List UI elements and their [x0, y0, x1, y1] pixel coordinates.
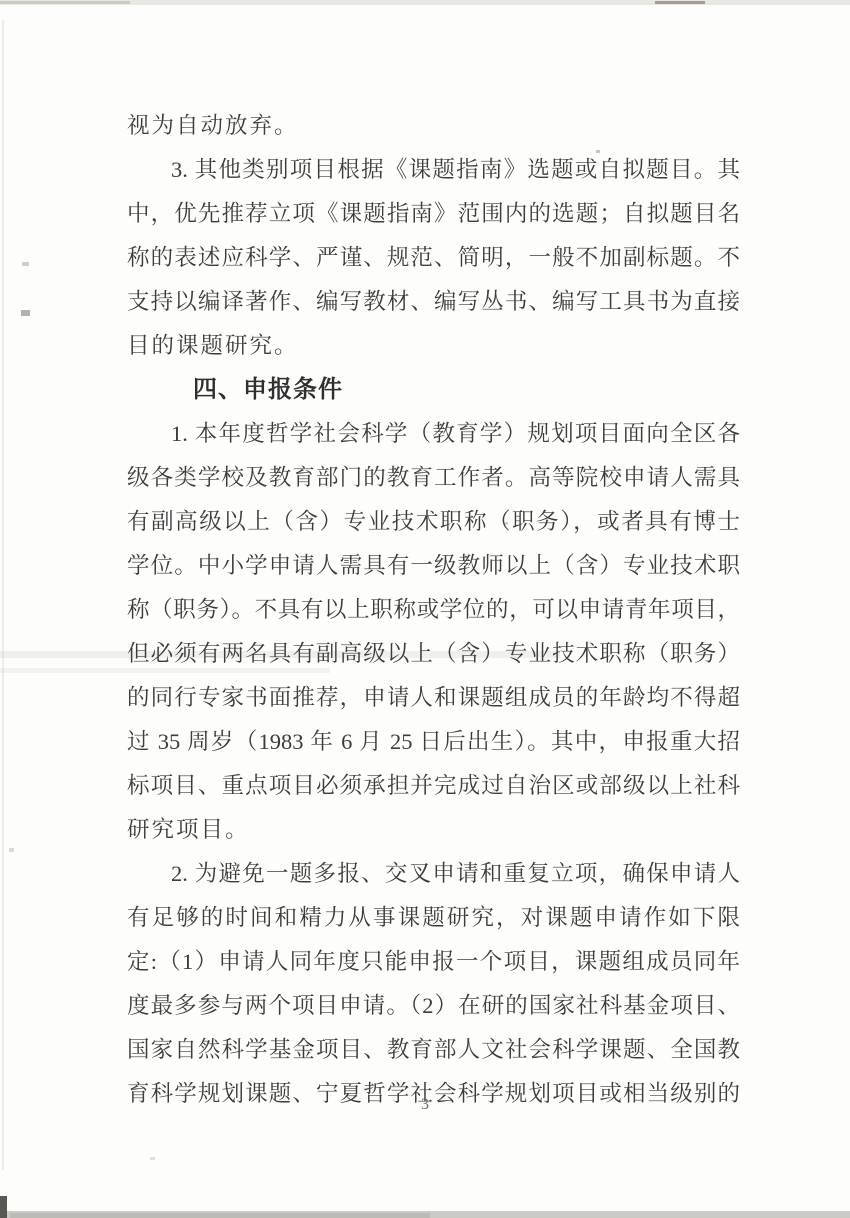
scan-edge-top-dark-segment — [655, 1, 705, 4]
text-lines: 视为自动放弃。3. 其他类别项目根据《课题指南》选题或自拟题目。其中，优先推荐立… — [127, 104, 740, 1116]
text-line: 有足够的时间和精力从事课题研究，对课题申请作如下限 — [127, 896, 740, 940]
text-line: 目的课题研究。 — [127, 324, 740, 368]
scan-edge-bottom-dark-segment — [10, 1213, 430, 1218]
text-line: 称的表述应科学、严谨、规范、简明，一般不加副标题。不 — [127, 236, 740, 280]
section-heading: 四、申报条件 — [127, 368, 740, 412]
text-line: 2. 为避免一题多报、交叉申请和重复立项，确保申请人 — [127, 852, 740, 896]
text-line: 视为自动放弃。 — [127, 104, 740, 148]
text-line: 标项目、重点项目必须承担并完成过自治区或部级以上社科 — [127, 764, 740, 808]
scan-speck — [150, 1157, 155, 1160]
scan-edge-bottom — [0, 1211, 850, 1218]
text-line: 1. 本年度哲学社会科学（教育学）规划项目面向全区各 — [127, 412, 740, 456]
text-line: 学位。中小学申请人需具有一级教师以上（含）专业技术职 — [127, 544, 740, 588]
text-line: 3. 其他类别项目根据《课题指南》选题或自拟题目。其 — [127, 148, 740, 192]
text-line: 但必须有两名具有副高级以上（含）专业技术职称（职务） — [127, 632, 740, 676]
scan-speck — [9, 848, 14, 852]
text-line: 级各类学校及教育部门的教育工作者。高等院校申请人需具 — [127, 456, 740, 500]
scan-speck — [22, 262, 29, 266]
text-line: 称（职务）。不具有以上职称或学位的，可以申请青年项目， — [127, 588, 740, 632]
text-line: 支持以编译著作、编写教材、编写丛书、编写工具书为直接 — [127, 280, 740, 324]
text-line: 中，优先推荐立项《课题指南》范围内的选题；自拟题目名 — [127, 192, 740, 236]
text-line: 的同行专家书面推荐，申请人和课题组成员的年龄均不得超 — [127, 676, 740, 720]
text-line: 研究项目。 — [127, 808, 740, 852]
text-line: 定:（1）申请人同年度只能申报一个项目，课题组成员同年 — [127, 940, 740, 984]
text-line: 国家自然科学基金项目、教育部人文社会科学课题、全国教 — [127, 1028, 740, 1072]
scan-edge-left-line — [2, 20, 4, 1170]
text-line: 度最多参与两个项目申请。（2）在研的国家社科基金项目、 — [127, 984, 740, 1028]
scanned-document-page: 视为自动放弃。3. 其他类别项目根据《课题指南》选题或自拟题目。其中，优先推荐立… — [0, 0, 850, 1218]
scan-corner-mark — [0, 1196, 7, 1218]
scan-edge-top-left-segment — [0, 1, 130, 4]
scan-edge-top — [0, 0, 850, 5]
page-number: 3 — [0, 1091, 850, 1119]
text-line: 过 35 周岁（1983 年 6 月 25 日后出生）。其中，申报重大招 — [127, 720, 740, 764]
scan-speck — [21, 310, 30, 316]
text-line: 有副高级以上（含）专业技术职称（职务），或者具有博士 — [127, 500, 740, 544]
